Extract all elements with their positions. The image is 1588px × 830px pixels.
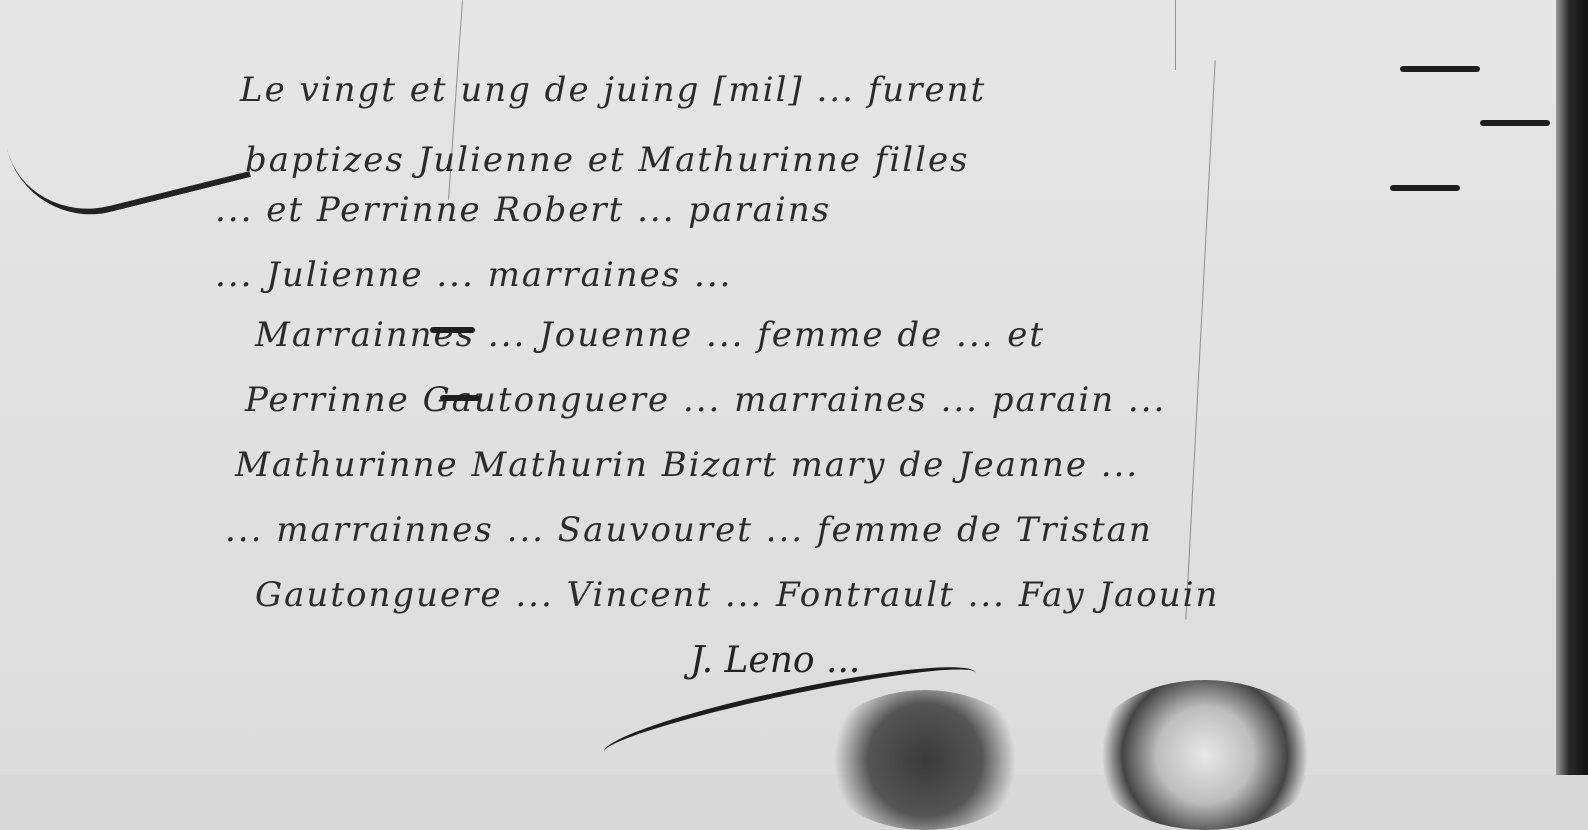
text-line-6: Perrinne Gautonguere ... marraines ... p… xyxy=(245,380,1166,420)
text-line-4: ... Julienne ... marraines ... xyxy=(215,255,732,295)
line-end-flourish xyxy=(1480,120,1550,126)
line-end-flourish xyxy=(1400,66,1480,72)
ruling-line xyxy=(1185,60,1215,619)
damage-stain xyxy=(1090,680,1320,775)
text-line-5: Marrainnes ... Jouenne ... femme de ... … xyxy=(255,315,1045,355)
text-line-7: Mathurinne Mathurin Bizart mary de Jeann… xyxy=(235,445,1139,485)
line-end-flourish xyxy=(440,395,480,401)
text-line-3: ... et Perrinne Robert ... parains xyxy=(215,190,831,230)
signature: J. Leno ... xyxy=(690,640,860,681)
line-end-flourish xyxy=(430,327,475,333)
ruling-line xyxy=(1175,0,1176,70)
text-line-1: Le vingt et ung de juing [mil] ... furen… xyxy=(240,70,986,110)
manuscript-page: Le vingt et ung de juing [mil] ... furen… xyxy=(0,0,1560,775)
line-end-flourish xyxy=(1390,185,1460,191)
text-line-8: ... marrainnes ... Sauvouret ... femme d… xyxy=(225,510,1153,550)
binding-edge xyxy=(1556,0,1588,775)
text-line-9: Gautonguere ... Vincent ... Fontrault ..… xyxy=(255,575,1219,615)
text-line-2: baptizes Julienne et Mathurinne filles xyxy=(245,140,970,180)
